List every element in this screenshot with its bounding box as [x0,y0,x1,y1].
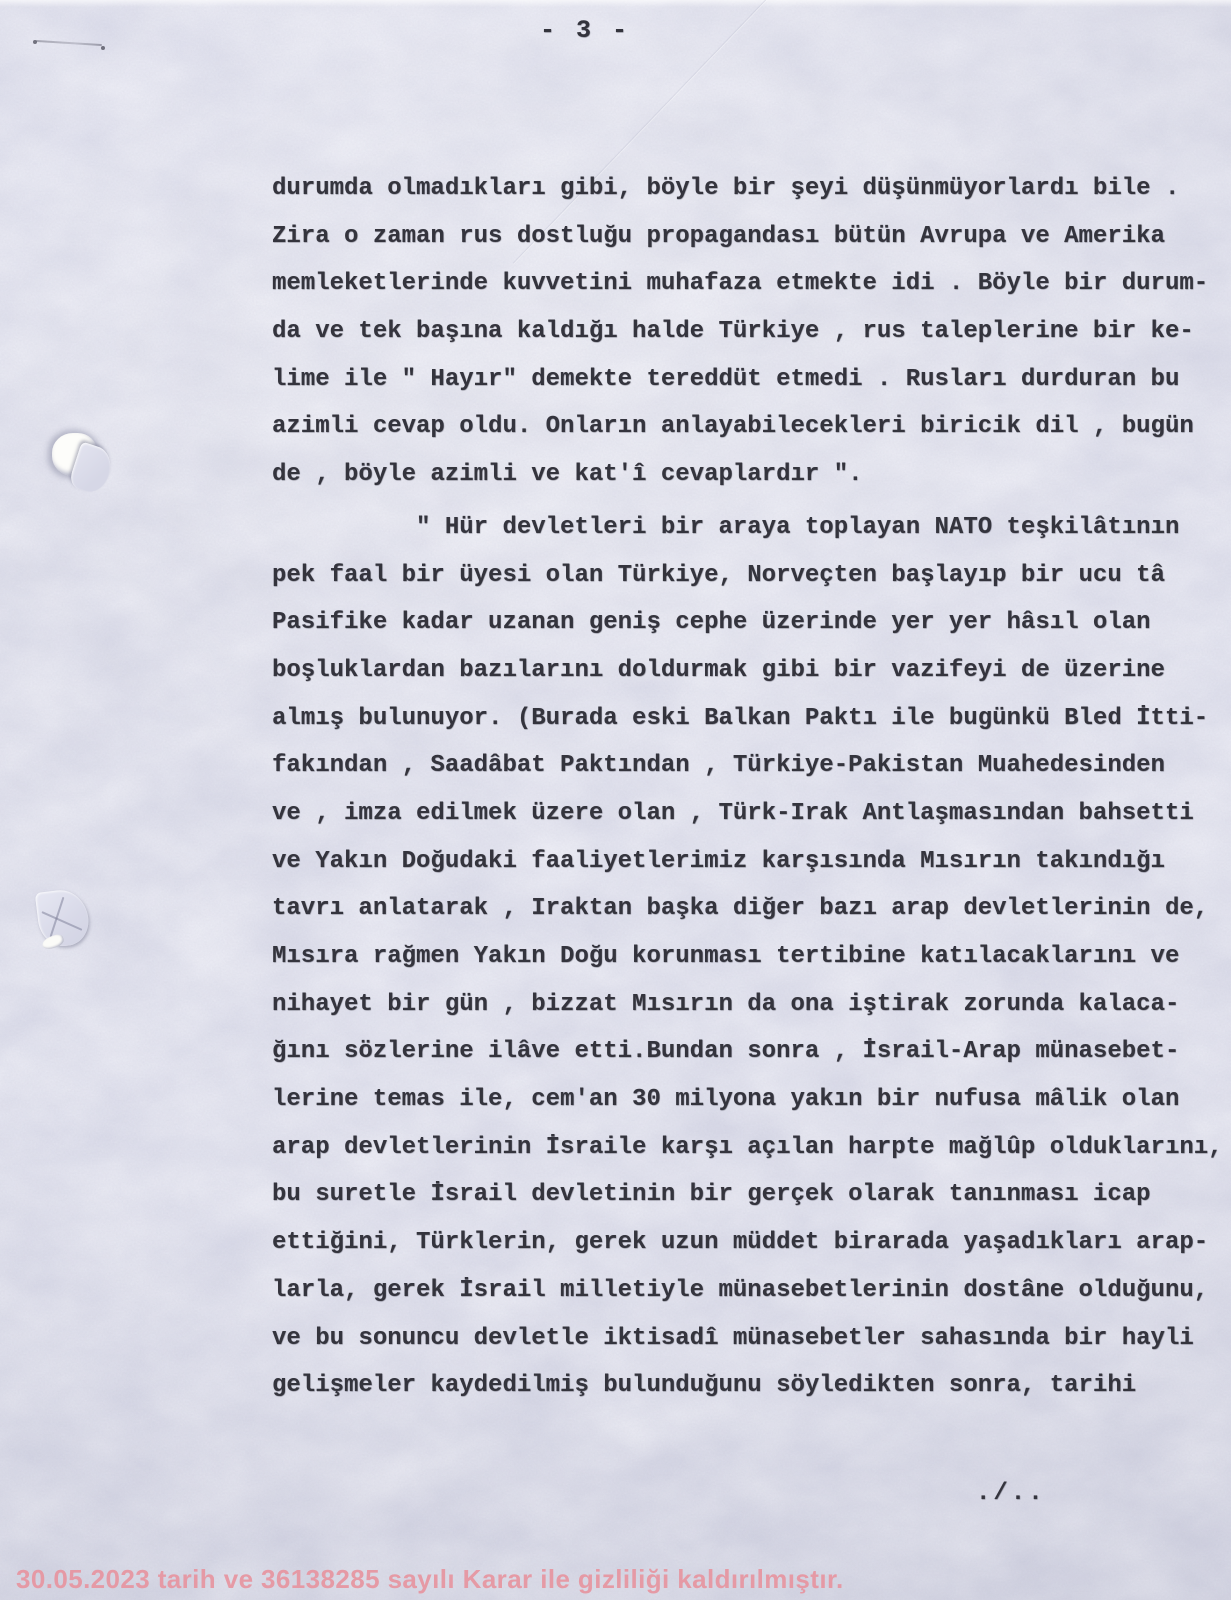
typed-line: Zira o zaman rus dostluğu propagandası b… [272,213,1231,261]
punch-hole-top [40,422,120,497]
typed-line: de , böyle azimli ve kat'î cevaplardır "… [272,451,1231,499]
typed-line: lime ile " Hayır" demekte tereddüt etmed… [272,356,1231,404]
pen-mark-dot [101,46,105,50]
typed-line: " Hür devletleri bir araya toplayan NATO… [272,504,1231,552]
typed-line: da ve tek başına kaldığı halde Türkiye ,… [272,308,1231,356]
typed-line: almış bulunuyor. (Burada eski Balkan Pak… [272,695,1231,743]
typed-line: boşluklardan bazılarını doldurmak gibi b… [272,647,1231,695]
typed-line: Mısıra rağmen Yakın Doğu korunması terti… [272,933,1231,981]
punch-hole-bottom [28,880,113,965]
typed-line: nihayet bir gün , bizzat Mısırın da ona … [272,981,1231,1029]
typed-line: bu suretle İsrail devletinin bir gerçek … [272,1171,1231,1219]
typed-line: tavrı anlatarak , Iraktan başka diğer ba… [272,885,1231,933]
typed-line: larla, gerek İsrail milletiyle münasebet… [272,1267,1231,1315]
typed-line: ve , imza edilmek üzere olan , Türk-Irak… [272,790,1231,838]
typed-line: gelişmeler kaydedilmiş bulunduğunu söyle… [272,1362,1231,1410]
page-number: - 3 - [505,16,665,45]
scan-top-edge [0,0,1231,7]
typed-lines: durumda olmadıkları gibi, böyle bir şeyi… [272,165,1231,1410]
typed-line: ğını sözlerine ilâve etti.Bundan sonra ,… [272,1028,1231,1076]
document-page: - 3 - durumda olmadıkları gibi, böyle bi… [0,0,1231,1600]
typed-line: lerine temas ile, cem'an 30 milyona yakı… [272,1076,1231,1124]
declassification-stamp: 30.05.2023 tarih ve 36138285 sayılı Kara… [16,1564,844,1595]
typed-line: pek faal bir üyesi olan Türkiye, Norveçt… [272,552,1231,600]
typed-line: memleketlerinde kuvvetini muhafaza etmek… [272,260,1231,308]
typed-line: arap devletlerinin İsraile karşı açılan … [272,1124,1231,1172]
typed-line: fakından , Saadâbat Paktından , Türkiye-… [272,742,1231,790]
typed-line: durumda olmadıkları gibi, böyle bir şeyi… [272,165,1231,213]
pen-mark-stroke [36,40,102,46]
pen-mark [30,36,110,52]
typed-line: ettiğini, Türklerin, gerek uzun müddet b… [272,1219,1231,1267]
continuation-mark: ./.. [976,1480,1046,1507]
typed-line: ve bu sonuncu devletle iktisadî münasebe… [272,1315,1231,1363]
typed-line: Pasifike kadar uzanan geniş cephe üzerin… [272,599,1231,647]
typed-line: ve Yakın Doğudaki faaliyetlerimiz karşıs… [272,838,1231,886]
typed-line: azimli cevap oldu. Onların anlayabilecek… [272,403,1231,451]
